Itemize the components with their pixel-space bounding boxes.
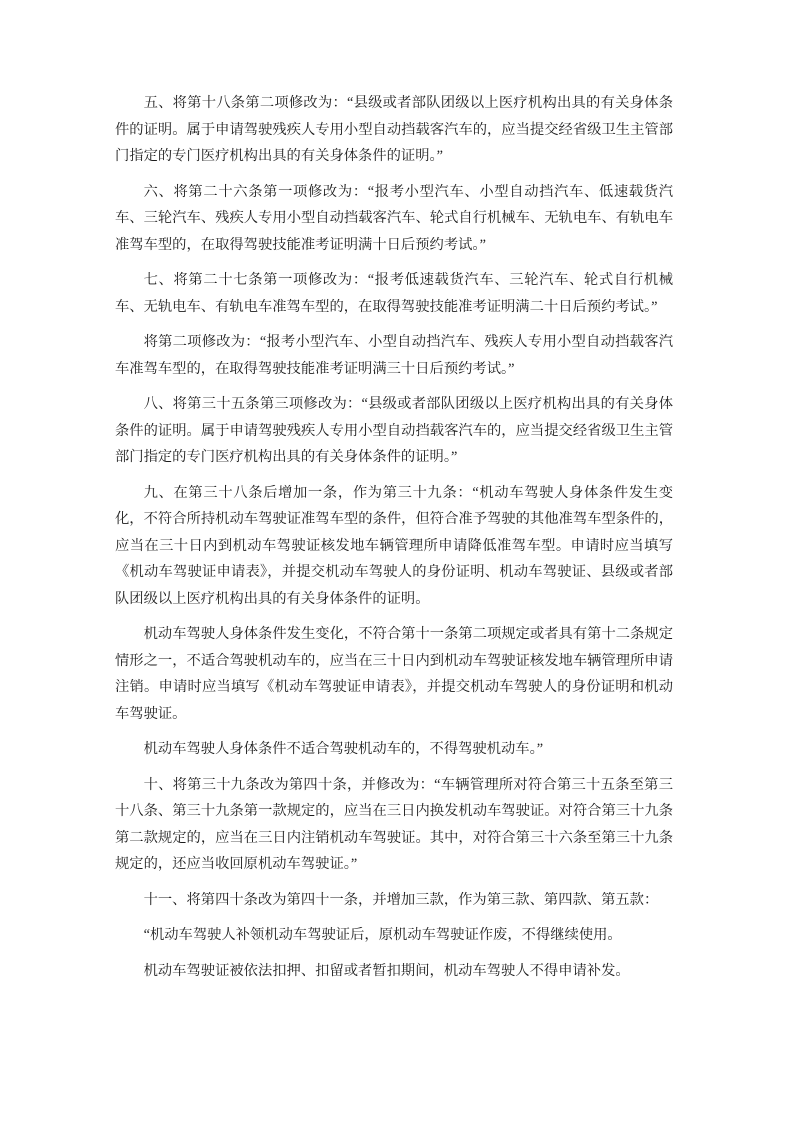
document-content: 五、将第十八条第二项修改为：“县级或者部队团级以上医疗机构出具的有关身体条件的证… — [115, 90, 673, 993]
paragraph-item-11-sub-2: “机动车驾驶人补领机动车驾驶证后，原机动车驾驶证作废，不得继续使用。 — [115, 922, 673, 949]
paragraph-item-8: 八、将第三十五条第三项修改为：“县级或者部队团级以上医疗机构出具的有关身体条件的… — [115, 391, 673, 471]
document-page: 五、将第十八条第二项修改为：“县级或者部队团级以上医疗机构出具的有关身体条件的证… — [0, 0, 793, 1122]
paragraph-item-7: 七、将第二十七条第一项修改为：“报考低速载货汽车、三轮汽车、轮式自行机械车、无轨… — [115, 267, 673, 320]
paragraph-item-11: 十一、将第四十条改为第四十一条，并增加三款，作为第三款、第四款、第五款： — [115, 887, 673, 914]
paragraph-item-9-sub-3: 机动车驾驶人身体条件不适合驾驶机动车的，不得驾驶机动车。” — [115, 736, 673, 763]
paragraph-item-10: 十、将第三十九条改为第四十条，并修改为：“车辆管理所对符合第三十五条至第三十八条… — [115, 772, 673, 878]
paragraph-item-9: 九、在第三十八条后增加一条，作为第三十九条：“机动车驾驶人身体条件发生变化，不符… — [115, 480, 673, 613]
paragraph-item-9-sub-2: 机动车驾驶人身体条件发生变化，不符合第十一条第二项规定或者具有第十二条规定情形之… — [115, 621, 673, 727]
paragraph-item-7-sub: 将第二项修改为：“报考小型汽车、小型自动挡汽车、残疾人专用小型自动挡载客汽车准驾… — [115, 329, 673, 382]
paragraph-item-5: 五、将第十八条第二项修改为：“县级或者部队团级以上医疗机构出具的有关身体条件的证… — [115, 90, 673, 170]
paragraph-item-11-sub-3: 机动车驾驶证被依法扣押、扣留或者暂扣期间，机动车驾驶人不得申请补发。 — [115, 958, 673, 985]
paragraph-item-6: 六、将第二十六条第一项修改为：“报考小型汽车、小型自动挡汽车、低速载货汽车、三轮… — [115, 179, 673, 259]
